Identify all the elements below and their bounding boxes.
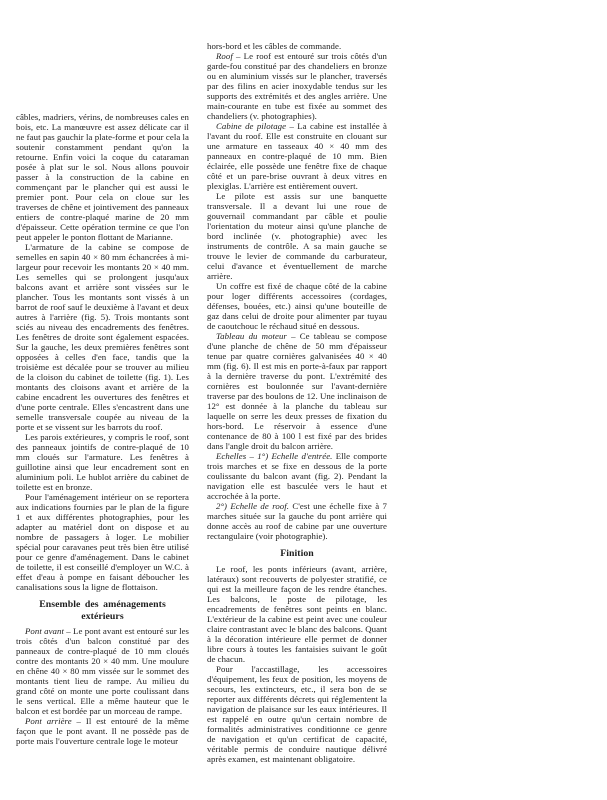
paragraph-lead: Echelles – 1°) Echelle d'entrée.: [216, 451, 332, 461]
paragraph: câbles, madriers, vérins, de nombreuses …: [16, 112, 189, 242]
paragraph: Roof – Le roof est entouré sur trois côt…: [207, 51, 387, 121]
paragraph: Le roof, les ponts inférieurs (avant, ar…: [207, 564, 387, 664]
paragraph: 2°) Echelle de roof. C'est une échelle f…: [207, 501, 387, 541]
paragraph-text: – Le pont avant est entouré sur les troi…: [16, 626, 189, 716]
paragraph-lead: Cabine de pilotage: [216, 121, 286, 131]
paragraph: hors-bord et les câbles de commande.: [207, 41, 387, 51]
left-column: câbles, madriers, vérins, de nombreuses …: [16, 112, 189, 746]
paragraph: Un coffre est fixé de chaque côté de la …: [207, 281, 387, 331]
section-heading-finition: Finition: [207, 548, 387, 560]
paragraph: Echelles – 1°) Echelle d'entrée. Elle co…: [207, 451, 387, 501]
paragraph-text: – Le roof est entouré sur trois côtés d'…: [207, 51, 387, 121]
paragraph: Pour l'aménagement intérieur on se repor…: [16, 492, 189, 592]
paragraph-text: – La cabine est installée à l'avant du r…: [207, 121, 387, 191]
paragraph-text: – Ce tableau se compose d'une planche de…: [207, 331, 387, 451]
right-column: hors-bord et les câbles de commande. Roo…: [207, 41, 387, 764]
paragraph: Le pilote est assis sur une banquette tr…: [207, 191, 387, 281]
paragraph: Pour l'accastillage, les accessoires d'é…: [207, 664, 387, 764]
paragraph: Tableau du moteur – Ce tableau se compos…: [207, 331, 387, 451]
paragraph-lead: Pont arrière: [25, 716, 72, 726]
paragraph-lead: Pont avant: [25, 626, 64, 636]
paragraph: Pont arrière – Il est entouré de la même…: [16, 716, 189, 746]
paragraph-lead: Roof: [216, 51, 233, 61]
paragraph-lead: 2°) Echelle de roof.: [216, 501, 289, 511]
paragraph: Cabine de pilotage – La cabine est insta…: [207, 121, 387, 191]
section-heading-amenagements-exterieurs: Ensemble des aménagements extérieurs: [16, 599, 189, 622]
paragraph-lead: Tableau du moteur: [216, 331, 287, 341]
paragraph: Les parois extérieures, y compris le roo…: [16, 432, 189, 492]
paragraph: L'armature de la cabine se compose de se…: [16, 242, 189, 432]
paragraph: Pont avant – Le pont avant est entouré s…: [16, 626, 189, 716]
